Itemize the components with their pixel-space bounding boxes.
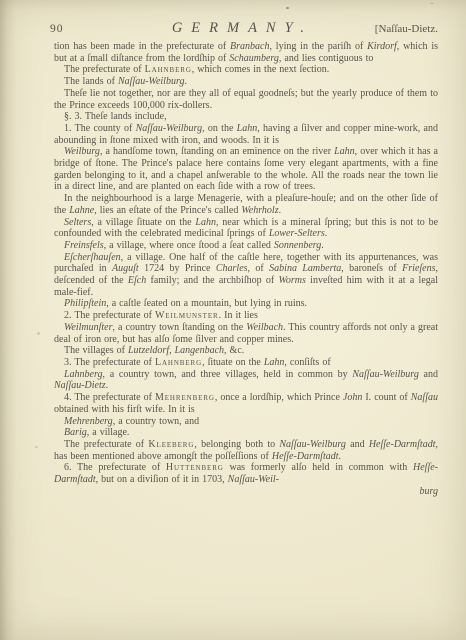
paragraph: tion has been made in the prefecturate o… bbox=[54, 41, 438, 64]
section-label: [Naſſau-Dietz. bbox=[375, 23, 438, 35]
scan-speck bbox=[37, 332, 40, 335]
scanned-book-page: 90 GERMANY. [Naſſau-Dietz. tion has been… bbox=[0, 0, 466, 640]
paragraph: Barig, a village. bbox=[54, 427, 438, 439]
paragraph: Mehrenberg, a country town, and bbox=[54, 416, 438, 428]
paragraph: Selters, a village ſituate on the Lahn, … bbox=[54, 217, 438, 240]
paragraph: §. 3. Theſe lands include, bbox=[54, 111, 438, 123]
paragraph: 4. The prefecturate of Mehrenberg, once … bbox=[54, 392, 438, 415]
paragraph: In the neighbourhood is a large Menageri… bbox=[54, 193, 438, 216]
scan-speck bbox=[35, 446, 38, 448]
paragraph: Weilburg, a handſome town, ſtanding on a… bbox=[54, 146, 438, 193]
scan-speck bbox=[286, 7, 289, 9]
catchword: burg bbox=[54, 486, 438, 498]
paragraph: 3. The prefecturate of Lahnberg, ſituate… bbox=[54, 357, 438, 369]
scan-speck bbox=[430, 3, 434, 4]
paragraph: Lahnberg, a country town, and three vill… bbox=[54, 369, 438, 392]
running-header: 90 GERMANY. [Naſſau-Dietz. bbox=[0, 0, 466, 40]
paragraph: Philipſtein, a caſtle ſeated on a mounta… bbox=[54, 298, 438, 310]
paragraph: The lands of Naſſau-Weilburg. bbox=[54, 76, 438, 88]
paragraph: 6. The prefecturate of Huttenberg was fo… bbox=[54, 462, 438, 485]
paragraph: Eſcherſhauſen, a village. One half of th… bbox=[54, 252, 438, 299]
paragraph: 1. The county of Naſſau-Weilburg, on the… bbox=[54, 123, 438, 146]
running-title: GERMANY. bbox=[96, 20, 375, 37]
paragraph: The prefecturate of Lahnberg, which come… bbox=[54, 64, 438, 76]
paragraph: Weilmunſter, a country town ſtanding on … bbox=[54, 322, 438, 345]
paragraph: Theſe lie not together, nor are they all… bbox=[54, 88, 438, 111]
paragraph: Freinsfels, a village, where once ſtood … bbox=[54, 240, 438, 252]
paragraph: 2. The prefecturate of Weilmunster. In i… bbox=[54, 310, 438, 322]
page-body: tion has been made in the prefecturate o… bbox=[0, 40, 466, 497]
page-number: 90 bbox=[50, 23, 96, 35]
paragraph: The prefecturate of Kleeberg, belonging … bbox=[54, 439, 438, 462]
paragraph: The villages of Lutzeldorf, Langenbach, … bbox=[54, 345, 438, 357]
